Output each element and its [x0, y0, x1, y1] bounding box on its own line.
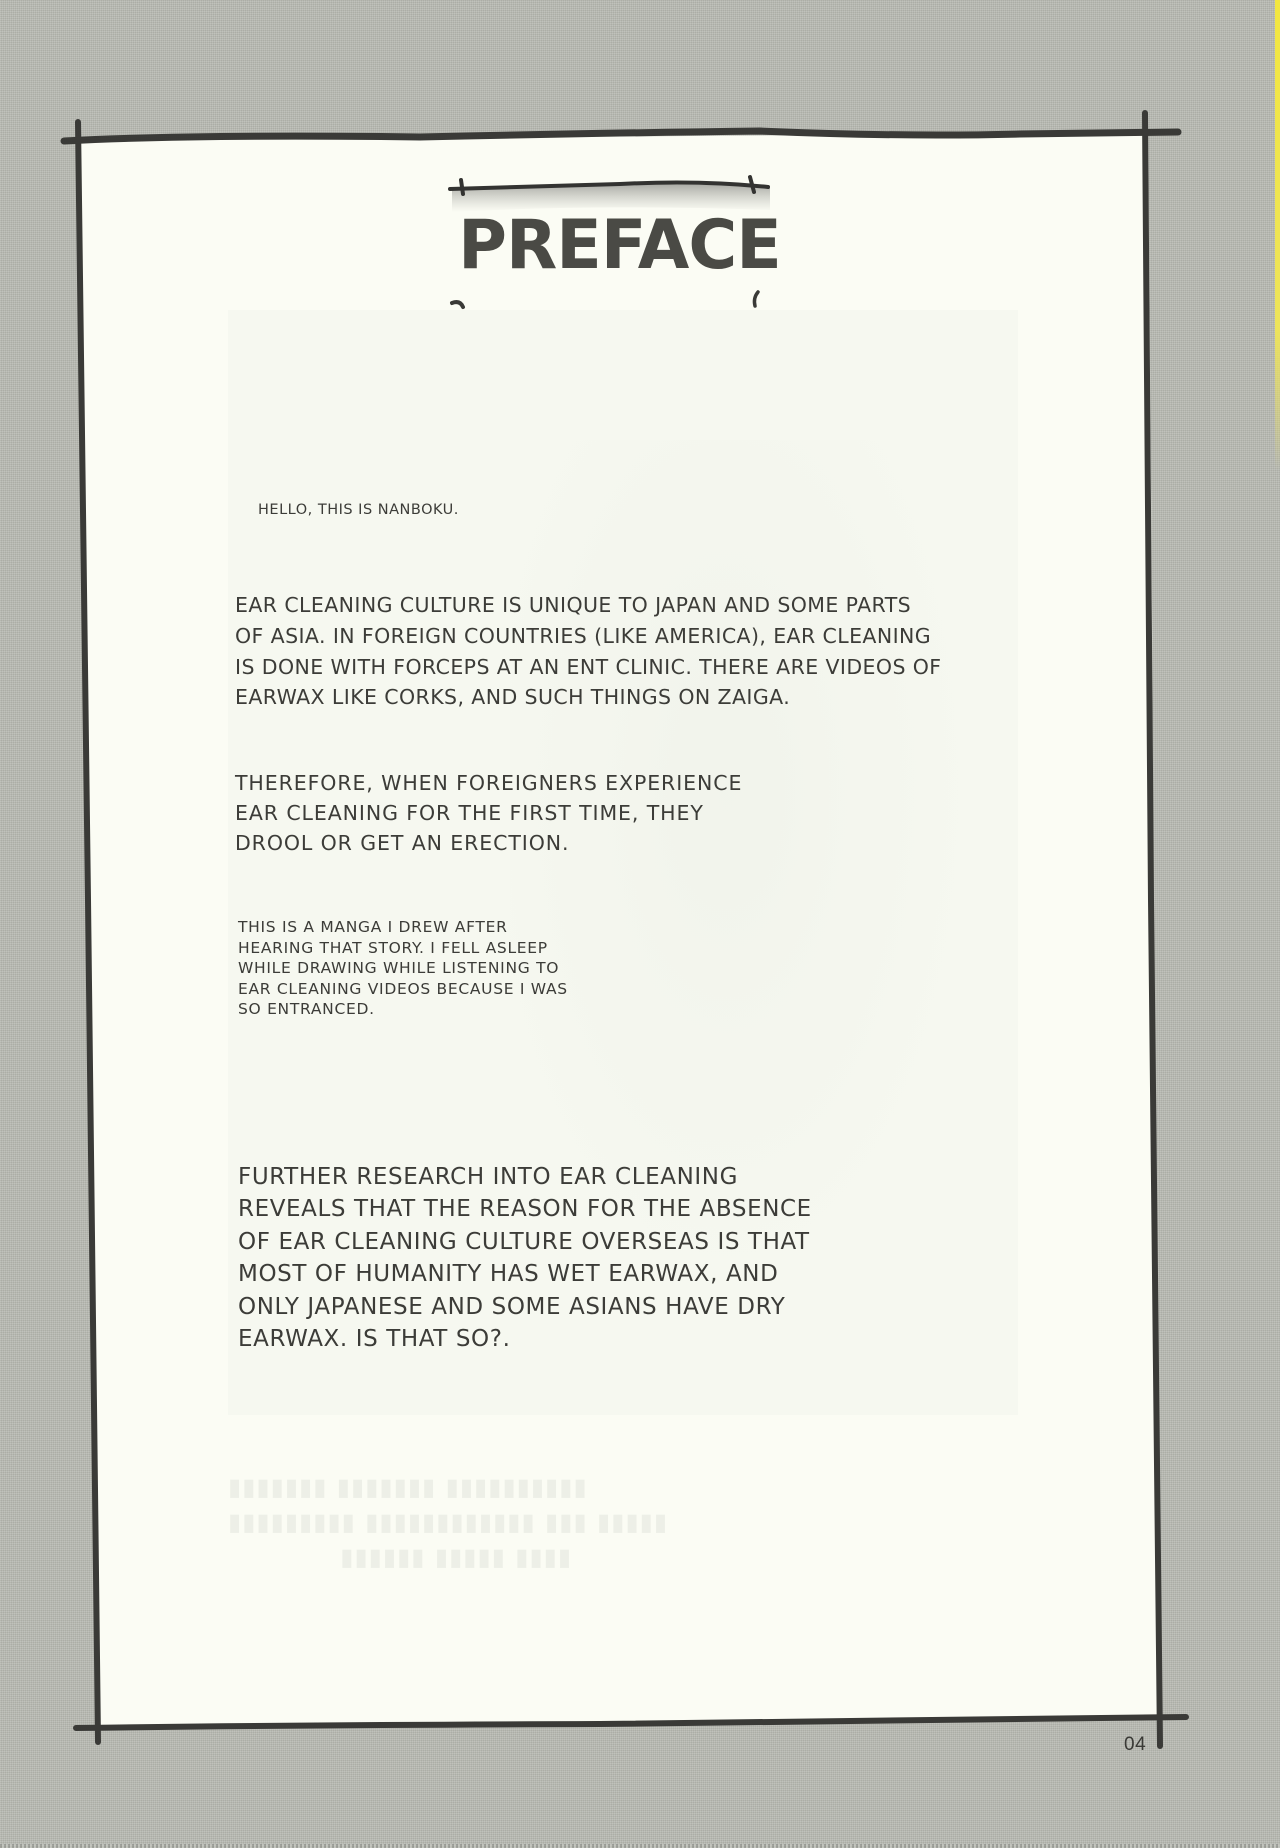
page-number: 04	[1124, 1734, 1146, 1756]
manga-page: PREFACE HELLO, THIS IS NANBOKU. EAR CLEA…	[0, 0, 1280, 1848]
paragraph-manga-origin: THIS IS A MANGA I DREW AFTER HEARING THA…	[238, 917, 568, 1020]
paragraph-further-research: FURTHER RESEARCH INTO EAR CLEANING REVEA…	[238, 1161, 812, 1355]
paragraph-greeting: HELLO, THIS IS NANBOKU.	[258, 500, 459, 520]
page-title: PREFACE	[458, 212, 762, 280]
paragraph-ear-cleaning-culture: EAR CLEANING CULTURE IS UNIQUE TO JAPAN …	[235, 590, 942, 713]
bleed-through-text: ▮▮▮▮▮▮▮ ▮▮▮▮▮▮▮ ▮▮▮▮▮▮▮▮▮▮ ▮▮▮▮▮▮▮▮▮ ▮▮▮…	[228, 1470, 1028, 1575]
paragraph-foreigners: THEREFORE, WHEN FOREIGNERS EXPERIENCE EA…	[235, 768, 742, 858]
